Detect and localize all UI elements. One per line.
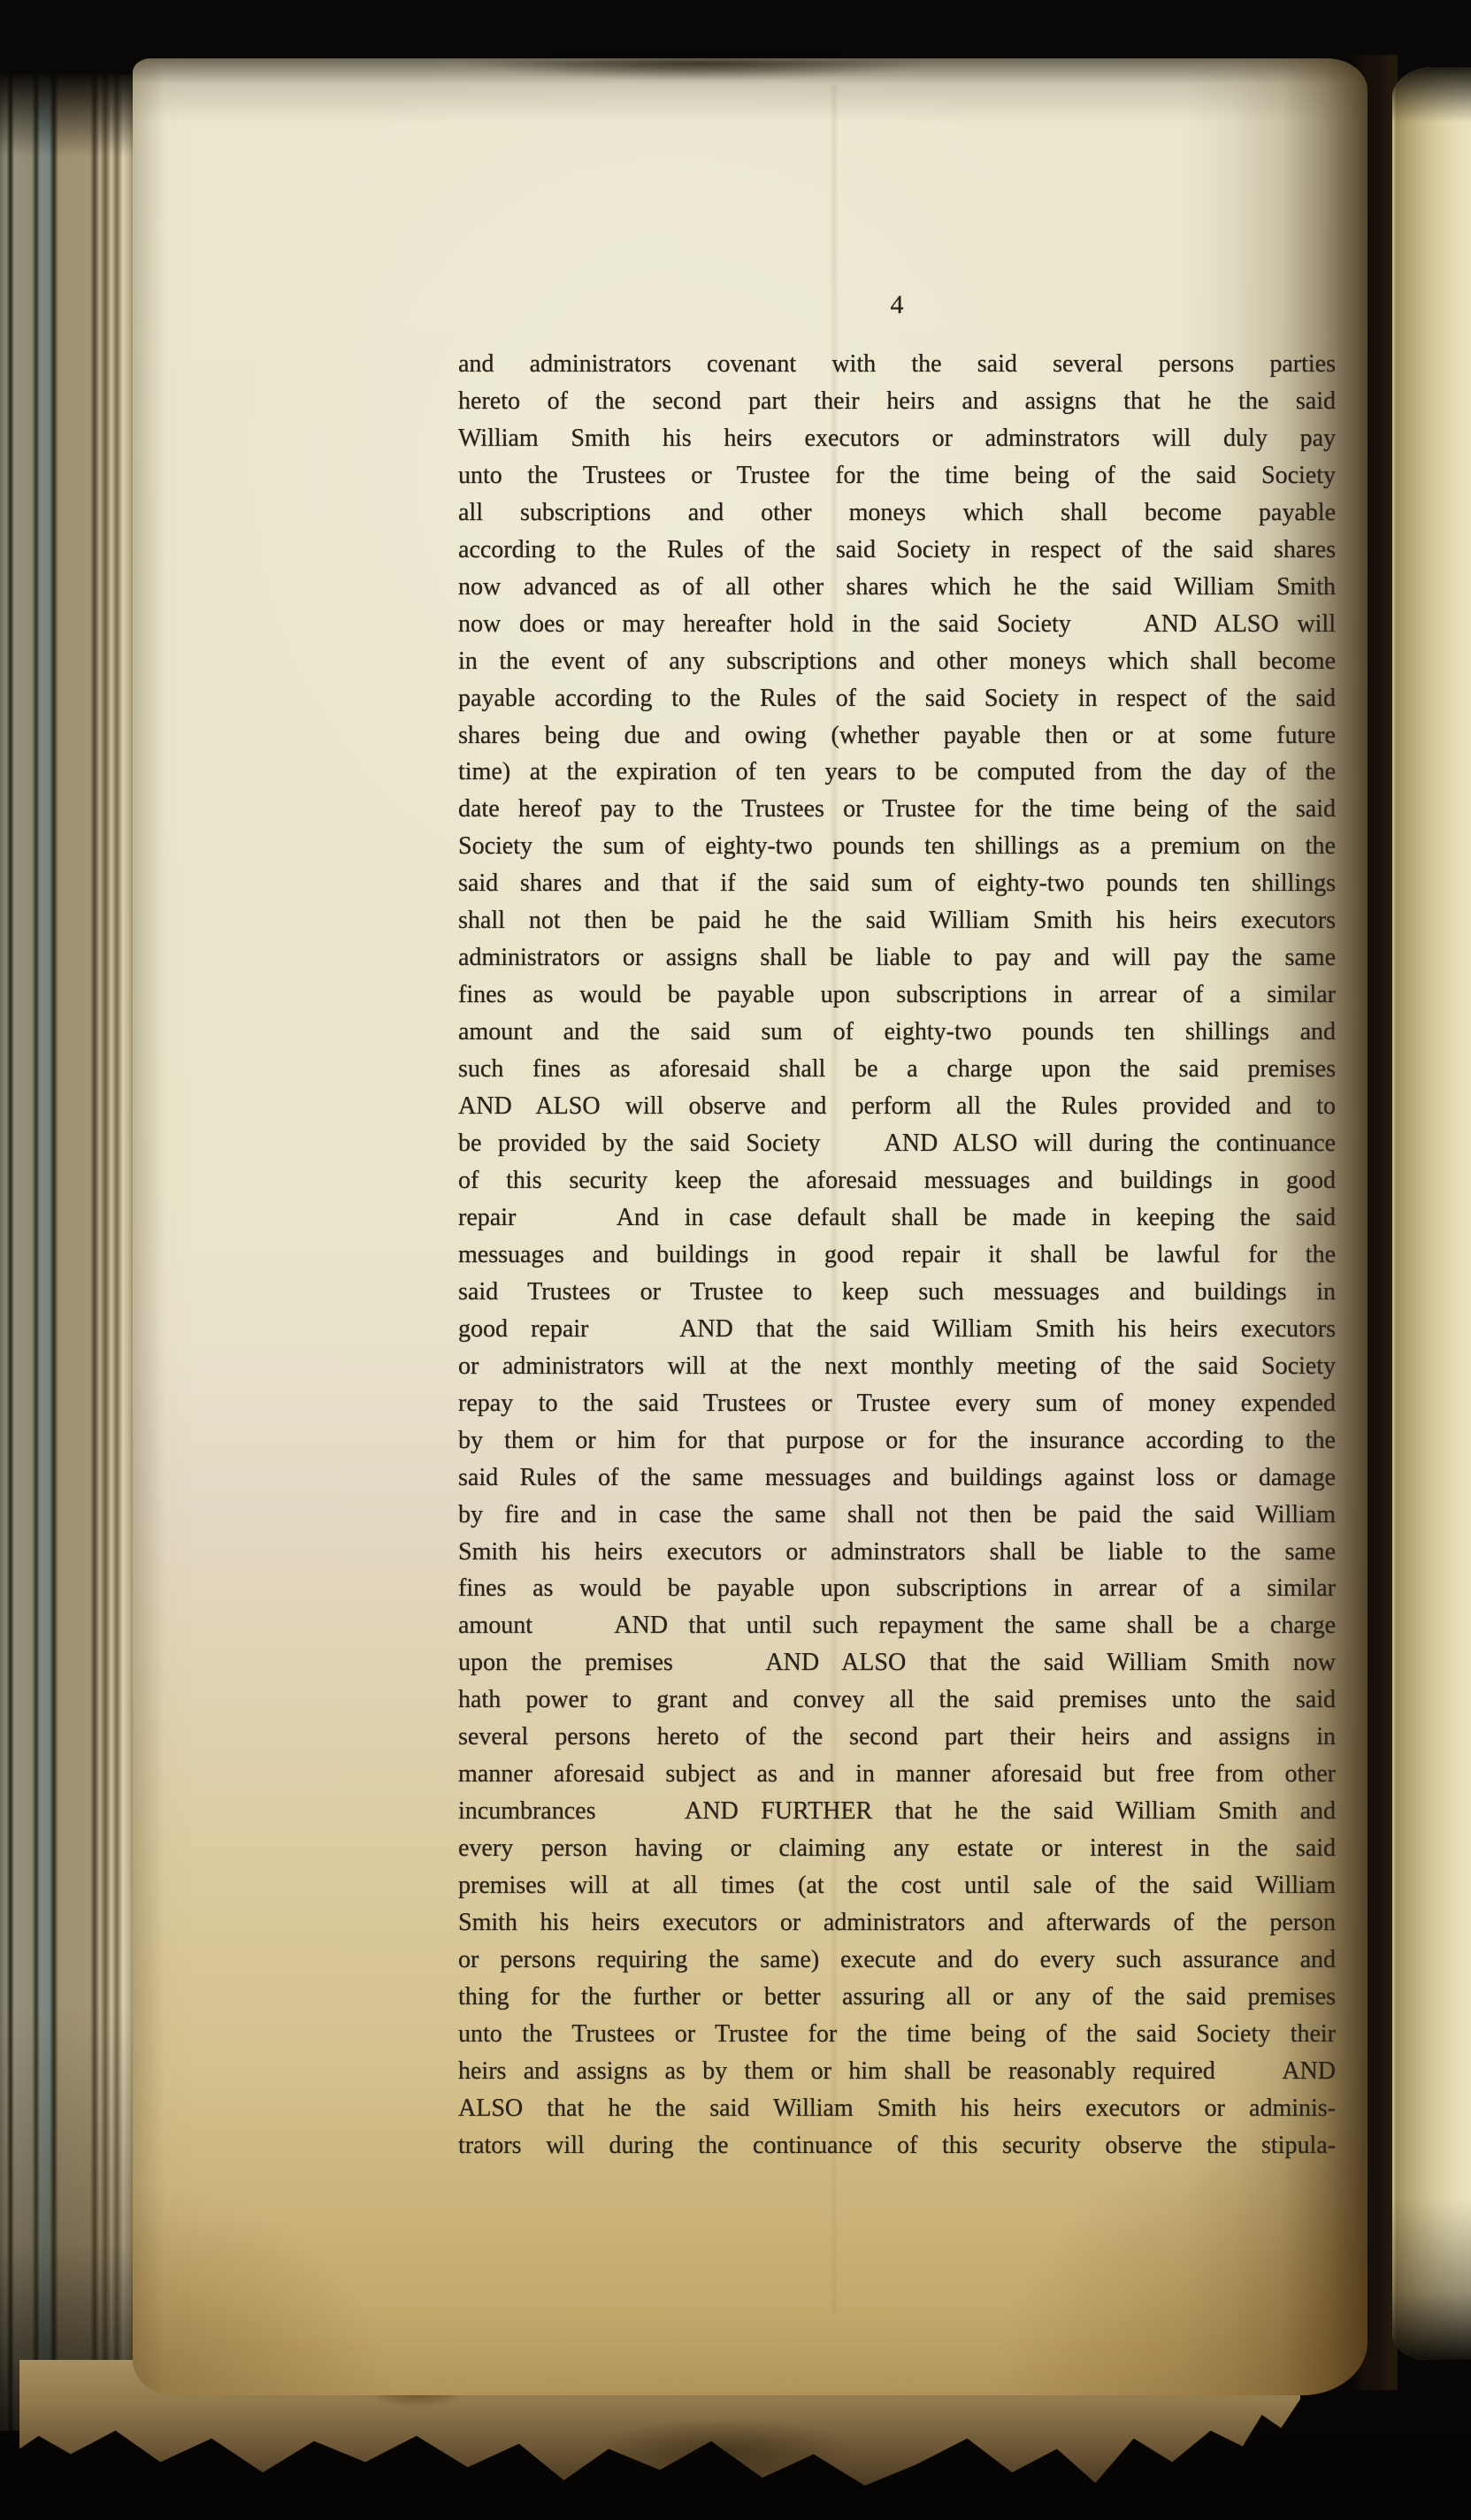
text-line: Smith his heirs executors or administrat…: [458, 1904, 1336, 1942]
text-line: premises will at all times (at the cost …: [458, 1867, 1336, 1904]
text-line: in the event of any subscriptions and ot…: [458, 643, 1336, 680]
text-line: said shares and that if the said sum of …: [458, 865, 1336, 902]
text-line: of this security keep the aforesaid mess…: [458, 1162, 1336, 1199]
text-line: shall not then be paid he the said Willi…: [458, 902, 1336, 939]
top-edge-dirt: [425, 60, 973, 83]
book-page: 4 and administrators covenant with the s…: [133, 58, 1368, 2395]
text-line: fines as would be payable upon subscript…: [458, 1570, 1336, 1607]
text-line: date hereof pay to the Trustees or Trust…: [458, 791, 1336, 828]
page-text-block: and administrators covenant with the sai…: [458, 346, 1336, 2164]
text-line: shares being due and owing (whether paya…: [458, 717, 1336, 754]
text-line: be provided by the said Society AND ALSO…: [458, 1125, 1336, 1162]
text-line: now advanced as of all other shares whic…: [458, 569, 1336, 606]
text-line: Society the sum of eighty-two pounds ten…: [458, 828, 1336, 865]
text-line: thing for the further or better assuring…: [458, 1979, 1336, 2016]
book-photograph: 4 and administrators covenant with the s…: [0, 0, 1471, 2520]
text-line: payable according to the Rules of the sa…: [458, 680, 1336, 717]
text-line: said Rules of the same messuages and bui…: [458, 1459, 1336, 1497]
text-line: and administrators covenant with the sai…: [458, 346, 1336, 383]
text-line: repay to the said Trustees or Trustee ev…: [458, 1385, 1336, 1422]
text-line: heirs and assigns as by them or him shal…: [458, 2053, 1336, 2090]
text-line: upon the premises AND ALSO that the said…: [458, 1644, 1336, 1681]
text-line: fines as would be payable upon subscript…: [458, 977, 1336, 1014]
text-line: time) at the expiration of ten years to …: [458, 754, 1336, 791]
text-line: by them or him for that purpose or for t…: [458, 1422, 1336, 1459]
text-line: administrators or assigns shall be liabl…: [458, 939, 1336, 977]
text-line: hereto of the second part their heirs an…: [458, 383, 1336, 420]
text-line: incumbrances AND FURTHER that he the sai…: [458, 1793, 1336, 1830]
text-line: by fire and in case the same shall not t…: [458, 1497, 1336, 1534]
text-line: every person having or claiming any esta…: [458, 1830, 1336, 1867]
text-line: all subscriptions and other moneys which…: [458, 494, 1336, 532]
text-line: or persons requiring the same) execute a…: [458, 1942, 1336, 1979]
text-line: manner aforesaid subject as and in manne…: [458, 1756, 1336, 1793]
text-line: or administrators will at the next month…: [458, 1348, 1336, 1385]
text-line: amount and the said sum of eighty-two po…: [458, 1014, 1336, 1051]
text-line: William Smith his heirs executors or adm…: [458, 420, 1336, 457]
text-line: good repair AND that the said William Sm…: [458, 1311, 1336, 1348]
text-line: trators will during the continuance of t…: [458, 2127, 1336, 2164]
text-line: amount AND that until such repayment the…: [458, 1607, 1336, 1644]
text-line: according to the Rules of the said Socie…: [458, 532, 1336, 569]
text-line: said Trustees or Trustee to keep such me…: [458, 1274, 1336, 1311]
text-line: several persons hereto of the second par…: [458, 1719, 1336, 1756]
text-line: unto the Trustees or Trustee for the tim…: [458, 2016, 1336, 2053]
text-line: hath power to grant and convey all the s…: [458, 1681, 1336, 1719]
text-line: such fines as aforesaid shall be a charg…: [458, 1051, 1336, 1088]
text-line: messuages and buildings in good repair i…: [458, 1237, 1336, 1274]
text-line: AND ALSO will observe and perform all th…: [458, 1088, 1336, 1125]
page-number: 4: [458, 287, 1336, 324]
text-line: ALSO that he the said William Smith his …: [458, 2090, 1336, 2127]
book-binding-page-edges: [0, 74, 134, 2431]
text-line: now does or may hereafter hold in the sa…: [458, 606, 1336, 643]
text-line: unto the Trustees or Trustee for the tim…: [458, 457, 1336, 494]
text-line: repair And in case default shall be made…: [458, 1199, 1336, 1237]
facing-page-edge: [1392, 67, 1471, 2360]
text-line: Smith his heirs executors or adminstrato…: [458, 1534, 1336, 1571]
